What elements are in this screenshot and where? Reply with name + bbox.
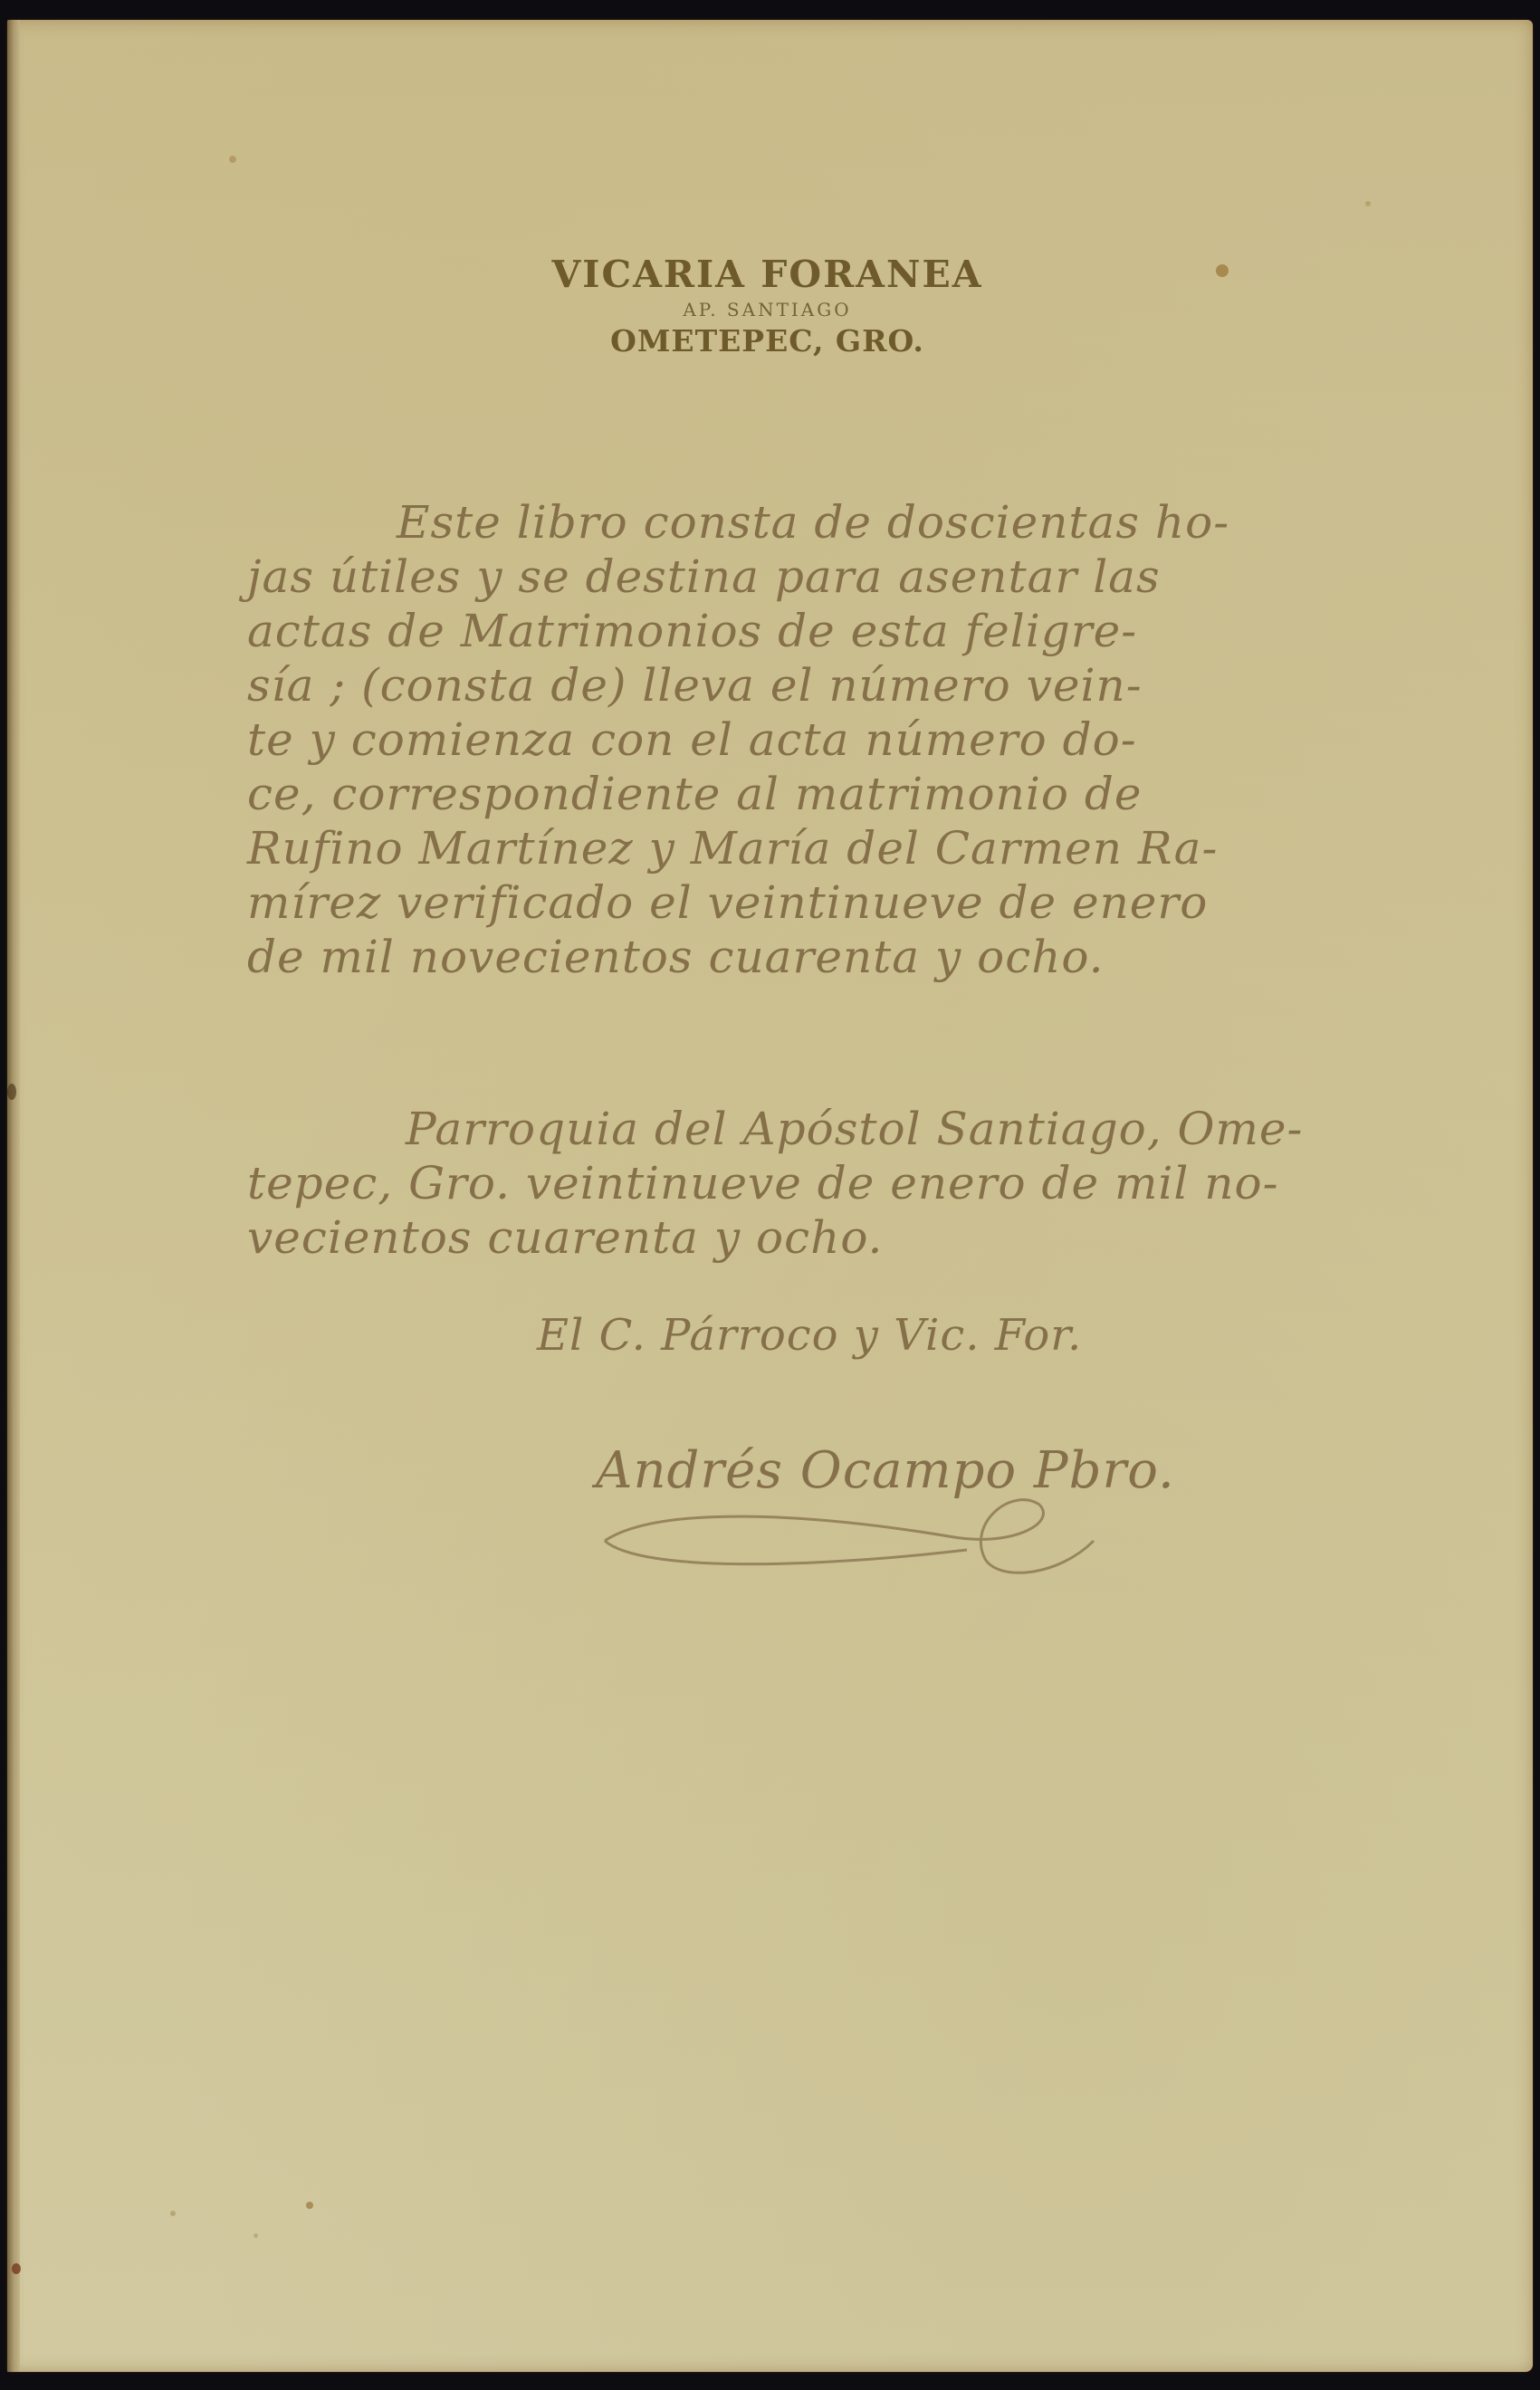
handwritten-closing: Parroquia del Apóstol Santiago, Ome- tep… <box>247 1102 1524 1265</box>
book-binding-edge <box>7 20 20 2372</box>
signatory-title: El C. Párroco y Vic. For. <box>537 1310 1082 1361</box>
foxing-spot <box>12 2263 21 2274</box>
foxing-spot <box>306 2202 313 2209</box>
body-line: te y comienza con el acta número do- <box>247 712 1524 767</box>
closing-line: vecientos cuarenta y ocho. <box>247 1210 1524 1265</box>
letterhead: VICARIA FORANEA AP. SANTIAGO OMETEPEC, G… <box>7 251 1533 361</box>
closing-line: tepec, Gro. veintinueve de enero de mil … <box>247 1156 1524 1210</box>
foxing-spot <box>229 156 236 163</box>
body-line: sía ; (consta de) lleva el número vein- <box>247 658 1524 712</box>
body-line: Este libro consta de doscientas ho- <box>247 495 1524 550</box>
handwritten-body: Este libro consta de doscientas ho- jas … <box>247 495 1524 984</box>
foxing-spot <box>170 2211 176 2216</box>
signature-flourish-icon <box>587 1487 1130 1586</box>
body-line: jas útiles y se destina para asentar las <box>247 550 1524 604</box>
closing-line: Parroquia del Apóstol Santiago, Ome- <box>247 1102 1524 1156</box>
body-line: actas de Matrimonios de esta feligre- <box>247 604 1524 658</box>
body-line: Rufino Martínez y María del Carmen Ra- <box>247 821 1524 875</box>
letterhead-title: VICARIA FORANEA <box>2 251 1533 298</box>
foxing-spot <box>253 2233 258 2238</box>
foxing-spot <box>1365 201 1371 206</box>
body-line: mírez verificado el veintinueve de enero <box>247 875 1524 930</box>
letterhead-location: OMETEPEC, GRO. <box>2 321 1533 361</box>
body-line: ce, correspondiente al matrimonio de <box>247 767 1524 821</box>
body-line: de mil novecientos cuarenta y ocho. <box>247 930 1524 984</box>
letterhead-subtitle: AP. SANTIAGO <box>2 298 1533 321</box>
document-page: VICARIA FORANEA AP. SANTIAGO OMETEPEC, G… <box>7 20 1533 2372</box>
foxing-spot <box>7 1084 16 1100</box>
